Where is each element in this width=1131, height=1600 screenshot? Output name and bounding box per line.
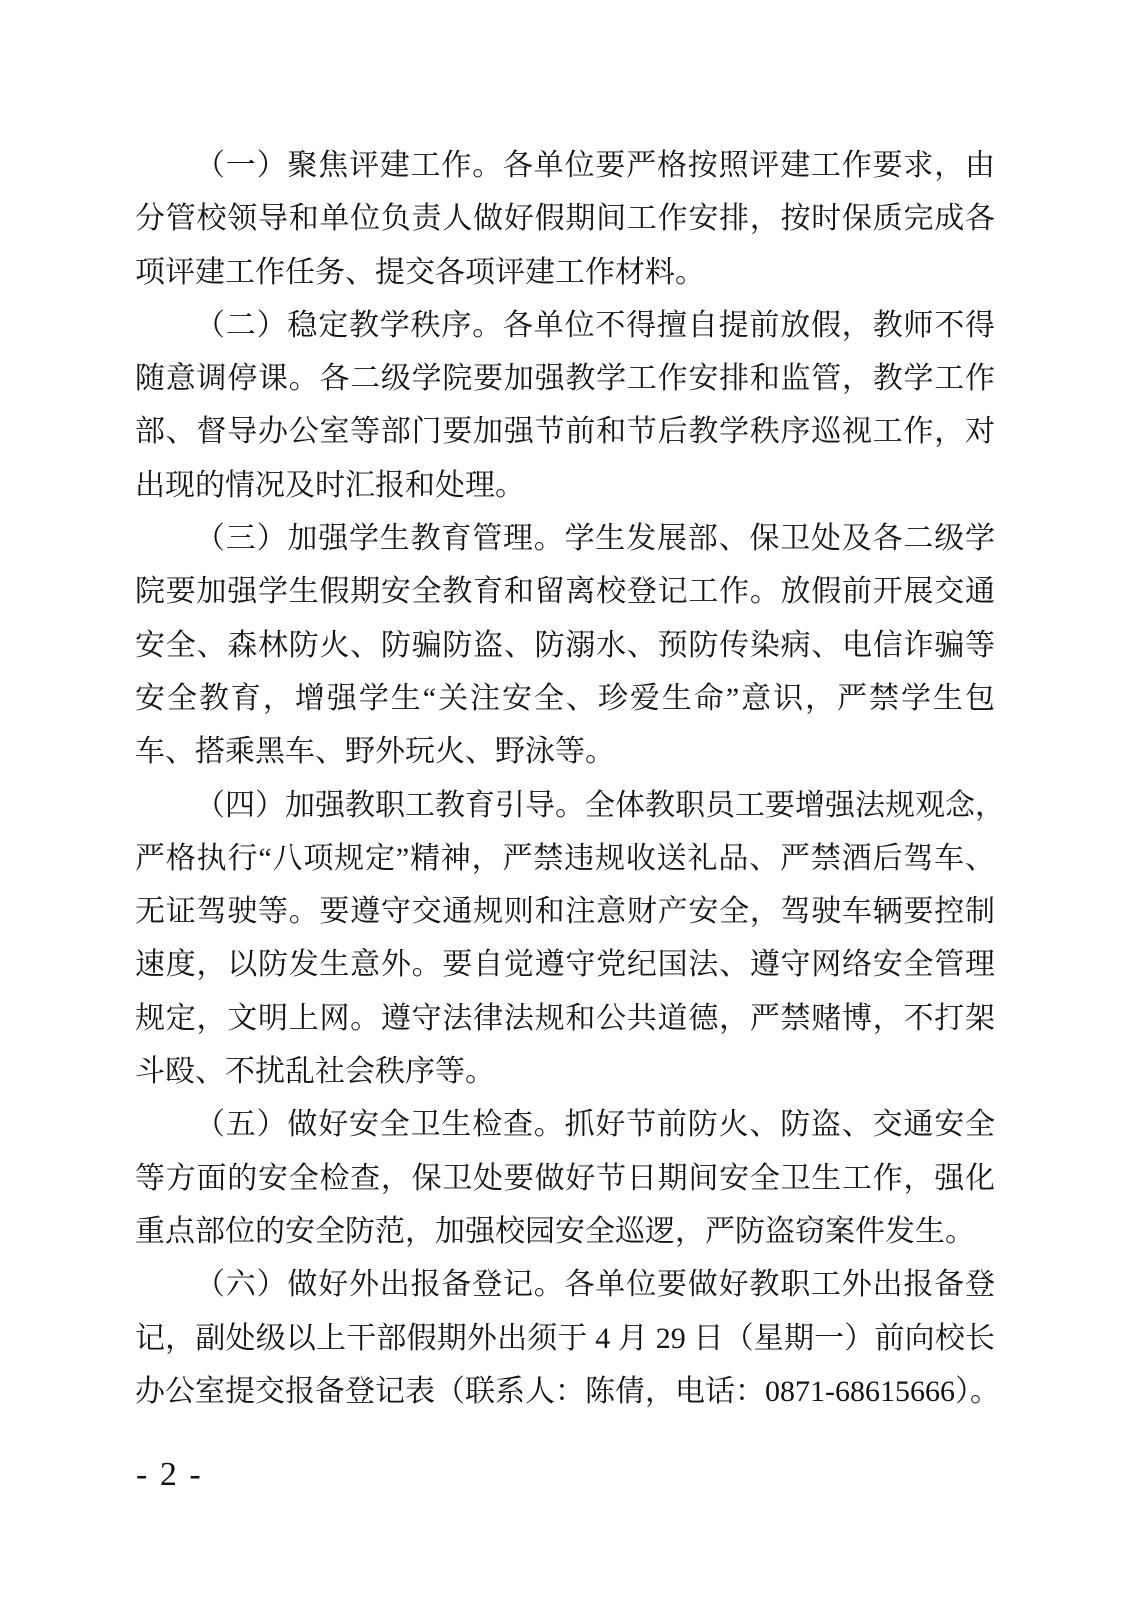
document-page: （一）聚焦评建工作。各单位要严格按照评建工作要求，由分管校领导和单位负责人做好假… [0, 0, 1131, 1600]
text-line: 安全、森林防火、防骗防盗、防溺水、预防传染病、电信诈骗等 [135, 619, 995, 672]
text-line: 严格执行“八项规定”精神，严禁违规收送礼品、严禁酒后驾车、 [135, 832, 995, 885]
paragraph-item-6-travel-report-registration: （六）做好外出报备登记。各单位要做好教职工外出报备登记，副处级以上干部假期外出须… [135, 1258, 995, 1418]
text-line: （五）做好安全卫生检查。抓好节前防火、防盗、交通安全 [135, 1098, 995, 1151]
text-line: 车、搭乘黑车、野外玩火、野泳等。 [135, 725, 995, 778]
text-line: 部、督导办公室等部门要加强节前和节后教学秩序巡视工作，对 [135, 405, 995, 458]
text-line: 院要加强学生假期安全教育和留离校登记工作。放假前开展交通 [135, 565, 995, 618]
text-line: 项评建工作任务、提交各项评建工作材料。 [135, 246, 995, 299]
paragraph-item-2-stabilize-teaching-order: （二）稳定教学秩序。各单位不得擅自提前放假，教师不得随意调停课。各二级学院要加强… [135, 299, 995, 512]
text-line: （二）稳定教学秩序。各单位不得擅自提前放假，教师不得 [135, 299, 995, 352]
paragraph-item-4-strengthen-staff-guidance: （四）加强教职工教育引导。全体教职员工要增强法规观念，严格执行“八项规定”精神，… [135, 779, 995, 1099]
paragraph-item-3-strengthen-student-education: （三）加强学生教育管理。学生发展部、保卫处及各二级学院要加强学生假期安全教育和留… [135, 512, 995, 778]
page-number: - 2 - [136, 1458, 203, 1492]
paragraph-item-1-focus-evaluation-work: （一）聚焦评建工作。各单位要严格按照评建工作要求，由分管校领导和单位负责人做好假… [135, 139, 995, 299]
text-line: 随意调停课。各二级学院要加强教学工作安排和监管，教学工作 [135, 352, 995, 405]
text-line: 记，副处级以上干部假期外出须于 4 月 29 日（星期一）前向校长 [135, 1312, 995, 1365]
text-line: 分管校领导和单位负责人做好假期间工作安排，按时保质完成各 [135, 192, 995, 245]
text-line: 安全教育，增强学生“关注安全、珍爱生命”意识，严禁学生包 [135, 672, 995, 725]
text-line: 等方面的安全检查，保卫处要做好节日期间安全卫生工作，强化 [135, 1152, 995, 1205]
text-line: 办公室提交报备登记表（联系人：陈倩，电话：0871-68615666）。 [135, 1365, 995, 1418]
text-line: 斗殴、不扰乱社会秩序等。 [135, 1045, 995, 1098]
text-line: （六）做好外出报备登记。各单位要做好教职工外出报备登 [135, 1258, 995, 1311]
text-line: （四）加强教职工教育引导。全体教职员工要增强法规观念， [135, 779, 995, 832]
text-line: 出现的情况及时汇报和处理。 [135, 459, 995, 512]
text-line: 规定，文明上网。遵守法律法规和公共道德，严禁赌博，不打架 [135, 992, 995, 1045]
text-line: （三）加强学生教育管理。学生发展部、保卫处及各二级学 [135, 512, 995, 565]
text-line: 重点部位的安全防范，加强校园安全巡逻，严防盗窃案件发生。 [135, 1205, 995, 1258]
paragraph-item-5-safety-sanitation-inspection: （五）做好安全卫生检查。抓好节前防火、防盗、交通安全等方面的安全检查，保卫处要做… [135, 1098, 995, 1258]
document-body: （一）聚焦评建工作。各单位要严格按照评建工作要求，由分管校领导和单位负责人做好假… [135, 139, 995, 1418]
text-line: 速度，以防发生意外。要自觉遵守党纪国法、遵守网络安全管理 [135, 938, 995, 991]
text-line: 无证驾驶等。要遵守交通规则和注意财产安全，驾驶车辆要控制 [135, 885, 995, 938]
text-line: （一）聚焦评建工作。各单位要严格按照评建工作要求，由 [135, 139, 995, 192]
